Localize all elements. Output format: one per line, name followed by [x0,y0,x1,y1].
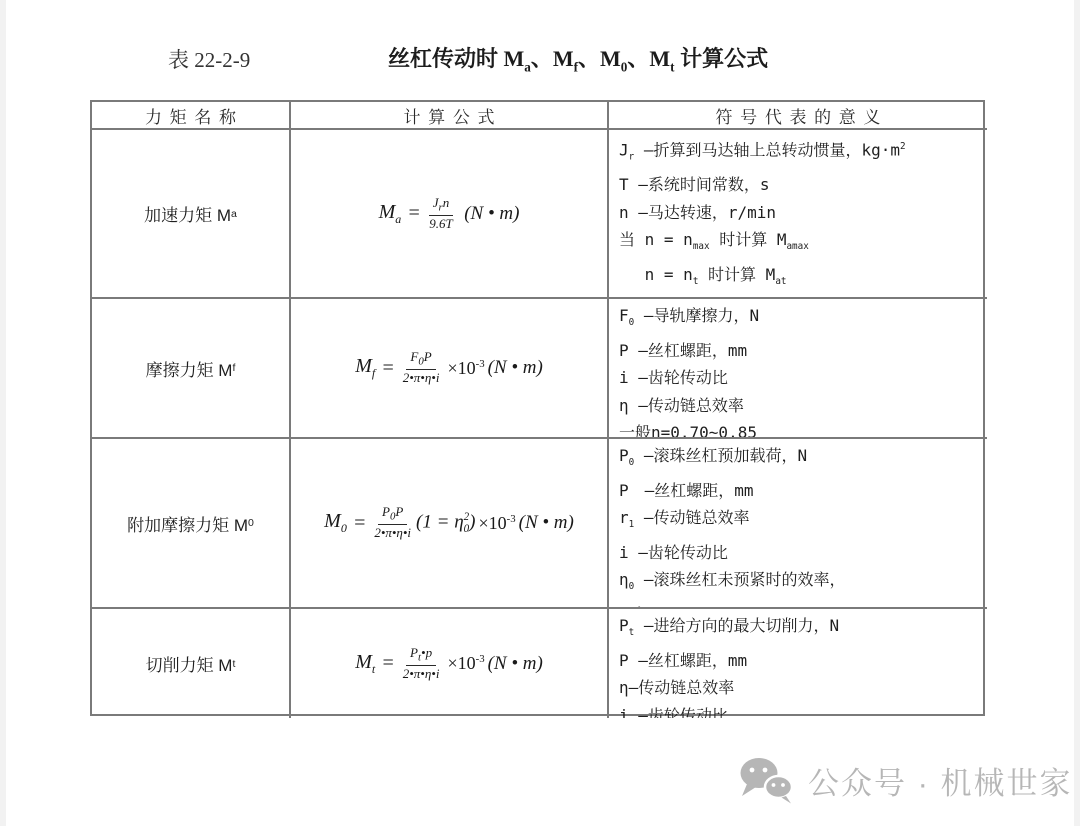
fraction-numerator: F0P [406,350,435,370]
page-edge-left [0,0,6,826]
fraction: Pt•p 2•π•η•i [403,646,440,682]
fraction-denominator: 9.6T [429,216,452,232]
formula-lhs: Mf [355,355,375,381]
equals-sign: = [381,652,395,675]
fraction-denominator: 2•π•η•i [403,370,440,386]
symbol-line: Jr —折算到马达轴上总转动惯量，kg·m2 [619,133,983,171]
symbol-line: P —丝杠螺距，mm [619,477,983,505]
watermark: 公众号 · 机械世家 [738,756,1073,804]
row-name-acceleration-torque: 加速力矩 Ma [92,130,291,299]
document-page: 表 22-2-9 丝杠传动时 Ma、Mf、M0、Mt 计算公式 力矩名称 计算公… [0,0,1080,826]
symbol-line: P —丝杠螺距，mm [619,337,983,365]
symbol-line: i —齿轮传动比 [619,702,983,718]
symbol-line: P0 —滚珠丝杠预加载荷，N [619,442,983,477]
symbol-line: 一般η=0.70~0.85 [619,419,983,439]
equals-sign: = [381,357,395,380]
equals-sign: = [353,512,367,535]
formula-lhs: Mt [355,651,375,677]
symbol-line: 当 n = nmax 时计算 Mamax [619,226,983,261]
symbol-line: n —马达转速，r/min [619,199,983,227]
table-number: 表 22-2-9 [168,44,250,74]
header-symbol-meaning: 符号代表的意义 [609,102,987,130]
formula-cell-friction: Mf = F0P 2•π•η•i ×10-3 (N • m) [291,299,609,439]
symbol-line: n = nt 时计算 Mat [619,261,983,296]
formula-multiplier: ×10-3 [478,513,515,534]
formula-additional-friction: M0 = P0P 2•π•η•i (1 = η02) ×10-3 (N • m) [324,505,574,541]
symbol-line: Pt —进给方向的最大切削力，N [619,612,983,647]
fraction: Jrn 9.6T [429,196,454,232]
symbol-line: r1 —传动链总效率 [619,504,983,539]
symbols-cutting: Pt —进给方向的最大切削力，NP —丝杠螺距，mmη—传动链总效率i —齿轮传… [609,609,987,718]
equals-sign: = [407,202,421,225]
formula-cutting: Mt = Pt•p 2•π•η•i ×10-3 (N • m) [355,646,543,682]
formula-unit: (N • m) [488,653,543,675]
formula-multiplier: ×10-3 [447,358,484,379]
fraction-denominator: 2•π•η•i [374,525,411,541]
formula-friction: Mf = F0P 2•π•η•i ×10-3 (N • m) [355,350,543,386]
page-title: 丝杠传动时 Ma、Mf、M0、Mt 计算公式 [388,42,768,75]
row-name-cutting-torque: 切削力矩 Mt [92,609,291,718]
symbol-line: η—传动链总效率 [619,674,983,702]
symbol-line: T —系统时间常数，s [619,171,983,199]
formula-cell-acceleration: Ma = Jrn 9.6T (N • m) [291,130,609,299]
row-name-additional-friction-torque: 附加摩擦力矩 M0 [92,439,291,609]
symbol-line: η —传动链总效率 [619,392,983,420]
formula-lhs: M0 [324,510,347,536]
formula-mid: (1 = η02) [416,511,475,535]
formula-unit: (N • m) [519,512,574,534]
fraction-denominator: 2•π•η•i [403,666,440,682]
symbol-line: F0 —导轨摩擦力，N [619,302,983,337]
formula-multiplier: ×10-3 [447,653,484,674]
header-torque-name: 力矩名称 [92,102,291,130]
symbol-line: i —齿轮传动比 [619,539,983,567]
watermark-text: 公众号 · 机械世家 [808,758,1073,803]
symbol-line: η0 —滚珠丝杠未预紧时的效率， [619,566,983,601]
fraction: F0P 2•π•η•i [403,350,440,386]
page-edge-right [1074,0,1080,826]
torque-formula-table: 力矩名称 计算公式 符号代表的意义 加速力矩 Ma Ma = Jrn 9.6T … [90,100,985,716]
formula-cell-cutting: Mt = Pt•p 2•π•η•i ×10-3 (N • m) [291,609,609,718]
symbols-friction: F0 —导轨摩擦力，NP —丝杠螺距，mmi —齿轮传动比η —传动链总效率一般… [609,299,987,439]
fraction: P0P 2•π•η•i [374,505,411,541]
fraction-numerator: Jrn [429,196,454,216]
formula-lhs: Ma [379,201,402,227]
formula-cell-additional-friction: M0 = P0P 2•π•η•i (1 = η02) ×10-3 (N • m) [291,439,609,609]
wechat-icon [738,756,794,804]
formula-acceleration: Ma = Jrn 9.6T (N • m) [379,196,520,232]
symbols-additional-friction: P0 —滚珠丝杠预加载荷，NP —丝杠螺距，mmr1 —传动链总效率i —齿轮传… [609,439,987,609]
row-name-friction-torque: 摩擦力矩 Mf [92,299,291,439]
formula-unit: (N • m) [488,357,543,379]
fraction-numerator: Pt•p [406,646,436,666]
fraction-numerator: P0P [378,505,407,525]
symbols-acceleration: Jr —折算到马达轴上总转动惯量，kg·m2T —系统时间常数，sn —马达转速… [609,130,987,299]
header-formula: 计算公式 [291,102,609,130]
symbol-line: P —丝杠螺距，mm [619,647,983,675]
formula-unit: (N • m) [464,203,519,225]
symbol-line: i —齿轮传动比 [619,364,983,392]
symbol-line: 一般η0≥0.9 [619,601,983,609]
